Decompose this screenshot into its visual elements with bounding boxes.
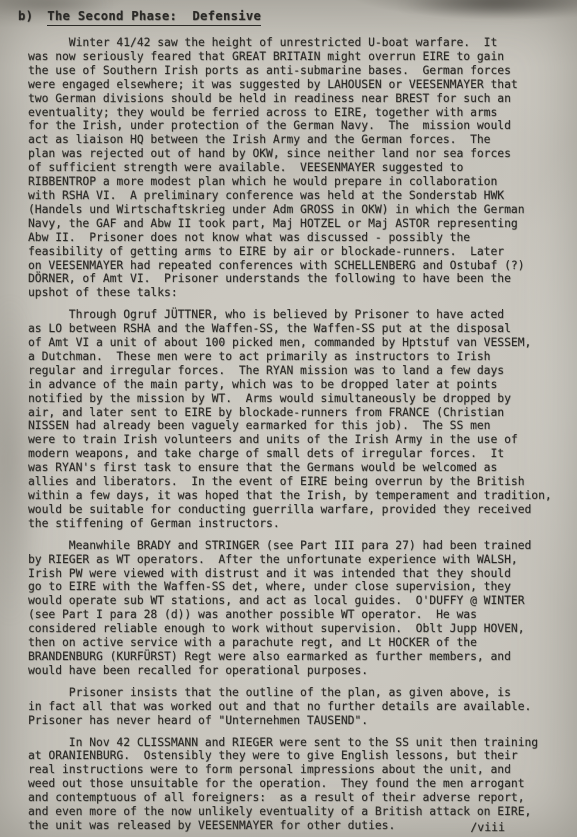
section-heading-title: The Second Phase: Defensive — [47, 9, 261, 26]
paragraph: Prisoner insists that the outline of the… — [28, 686, 577, 728]
section-heading: b)The Second Phase: Defensive — [28, 9, 577, 23]
paragraph: Meanwhile BRADY and STRINGER (see Part I… — [28, 539, 577, 678]
paragraph: Winter 41/42 saw the height of unrestric… — [28, 36, 577, 300]
section-heading-label: b) — [18, 9, 47, 23]
document-body: Winter 41/42 saw the height of unrestric… — [28, 36, 577, 833]
paragraph: Through Ogruf JÜTTNER, who is believed b… — [28, 308, 577, 531]
page-continuation-mark: /viii — [470, 820, 505, 834]
document-content: b)The Second Phase: Defensive Winter 41/… — [0, 0, 577, 833]
document-page: b)The Second Phase: Defensive Winter 41/… — [0, 0, 577, 837]
paragraph: In Nov 42 CLISSMANN and RIEGER were sent… — [28, 736, 577, 833]
